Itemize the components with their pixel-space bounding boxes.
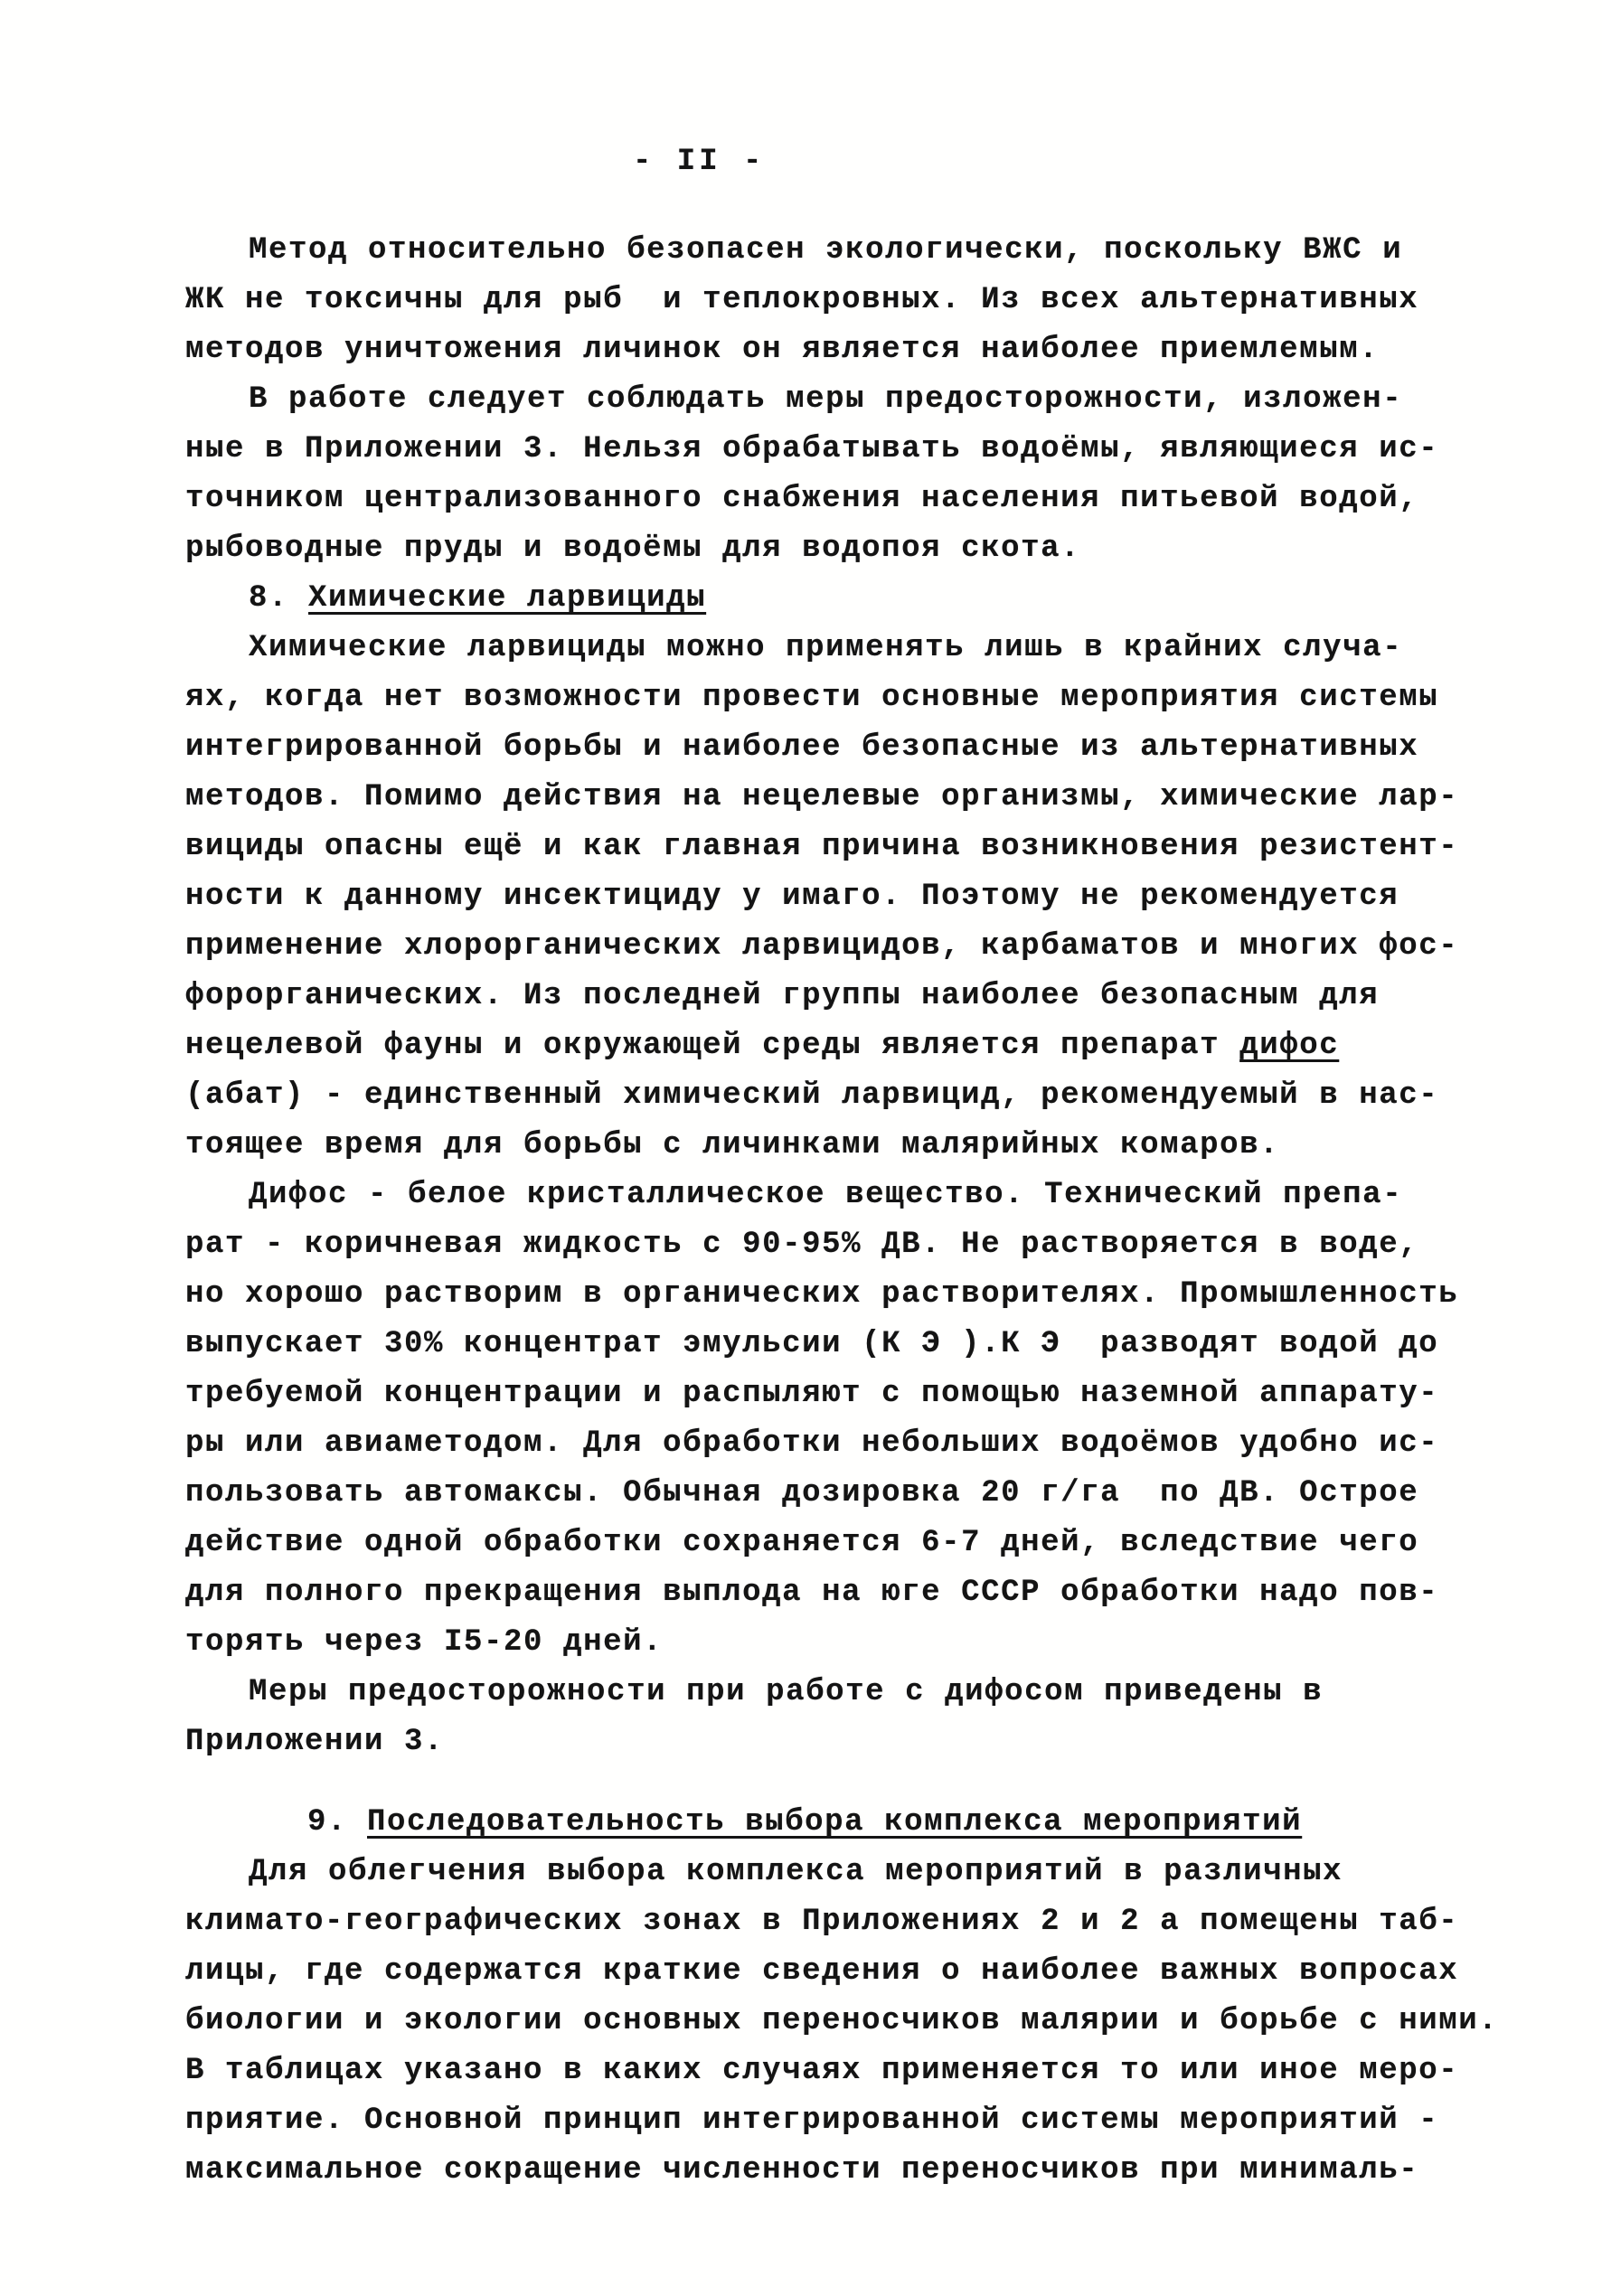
text-line: ные в Приложении 3. Нельзя обрабатывать … [185,425,1487,475]
paragraph: Меры предосторожности при работе с дифос… [185,1668,1487,1767]
text-line: ности к данному инсектициду у имаго. Поэ… [185,872,1487,922]
text-line: Дифос - белое кристаллическое вещество. … [185,1171,1487,1220]
text-line: Приложении 3. [185,1717,1487,1767]
document-page: - II - Метод относительно безопасен экол… [0,0,1602,2296]
underlined-text: дифос [1239,1029,1339,1063]
text-line: торять через I5-20 дней. [185,1618,1487,1668]
text-line: В таблицах указано в каких случаях приме… [185,2047,1487,2096]
page-number: - II - [633,145,765,179]
text-line: методов уничтожения личинок он является … [185,325,1487,375]
document-body: Метод относительно безопасен экологическ… [185,226,1487,2196]
text-line: пользовать автомаксы. Обычная дозировка … [185,1469,1487,1519]
text-line: рат - коричневая жидкость с 90-95% ДВ. Н… [185,1220,1487,1270]
text-line: Меры предосторожности при работе с дифос… [185,1668,1487,1717]
paragraph: Химические ларвициды можно применять лиш… [185,624,1487,1171]
text-line: но хорошо растворим в органических раств… [185,1270,1487,1320]
text-line: выпускает 30% концентрат эмульсии (К Э )… [185,1320,1487,1369]
text-line: ЖК не токсичны для рыб и теплокровных. И… [185,276,1487,325]
text-line: биологии и экологии основных переносчико… [185,1997,1487,2047]
section-heading: 8. Химические ларвициды [185,574,1487,624]
text-line: точником централизованного снабжения нас… [185,475,1487,524]
underlined-text: Химические ларвициды [308,581,706,616]
paragraph: Дифос - белое кристаллическое вещество. … [185,1171,1487,1668]
text-line: форорганических. Из последней группы наи… [185,972,1487,1021]
text-line: ях, когда нет возможности провести основ… [185,673,1487,723]
text-line: нецелевой фауны и окружающей среды являе… [185,1021,1487,1071]
text-line: 9. Последовательность выбора комплекса м… [185,1798,1487,1848]
text-line: 8. Химические ларвициды [185,574,1487,624]
text-line: для полного прекращения выплода на юге С… [185,1568,1487,1618]
text-line: Для облегчения выбора комплекса мероприя… [185,1848,1487,1897]
underlined-text: Последовательность выбора комплекса меро… [367,1805,1302,1840]
text-line: тоящее время для борьбы с личинками маля… [185,1121,1487,1171]
text-line: (абат) - единственный химический ларвици… [185,1071,1487,1121]
text-line: Метод относительно безопасен экологическ… [185,226,1487,276]
text-line: климато-географических зонах в Приложени… [185,1897,1487,1947]
text-line: применение хлорорганических ларвицидов, … [185,922,1487,972]
text-line: требуемой концентрации и распыляют с пом… [185,1369,1487,1419]
paragraph: В работе следует соблюдать меры предосто… [185,375,1487,574]
text-line: рыбоводные пруды и водоёмы для водопоя с… [185,524,1487,574]
text-line: В работе следует соблюдать меры предосто… [185,375,1487,425]
text-line: лицы, где содержатся краткие сведения о … [185,1947,1487,1997]
section-heading: 9. Последовательность выбора комплекса м… [185,1798,1487,1848]
text-line: методов. Помимо действия на нецелевые ор… [185,773,1487,823]
paragraph: Для облегчения выбора комплекса мероприя… [185,1848,1487,2196]
text-line: действие одной обработки сохраняется 6-7… [185,1519,1487,1568]
text-line: вициды опасны ещё и как главная причина … [185,823,1487,872]
text-line: приятие. Основной принцип интегрированно… [185,2096,1487,2146]
text-line: Химические ларвициды можно применять лиш… [185,624,1487,673]
text-line: ры или авиаметодом. Для обработки неболь… [185,1419,1487,1469]
paragraph: Метод относительно безопасен экологическ… [185,226,1487,375]
text-line: интегрированной борьбы и наиболее безопа… [185,723,1487,773]
text-line: максимальное сокращение численности пере… [185,2146,1487,2196]
